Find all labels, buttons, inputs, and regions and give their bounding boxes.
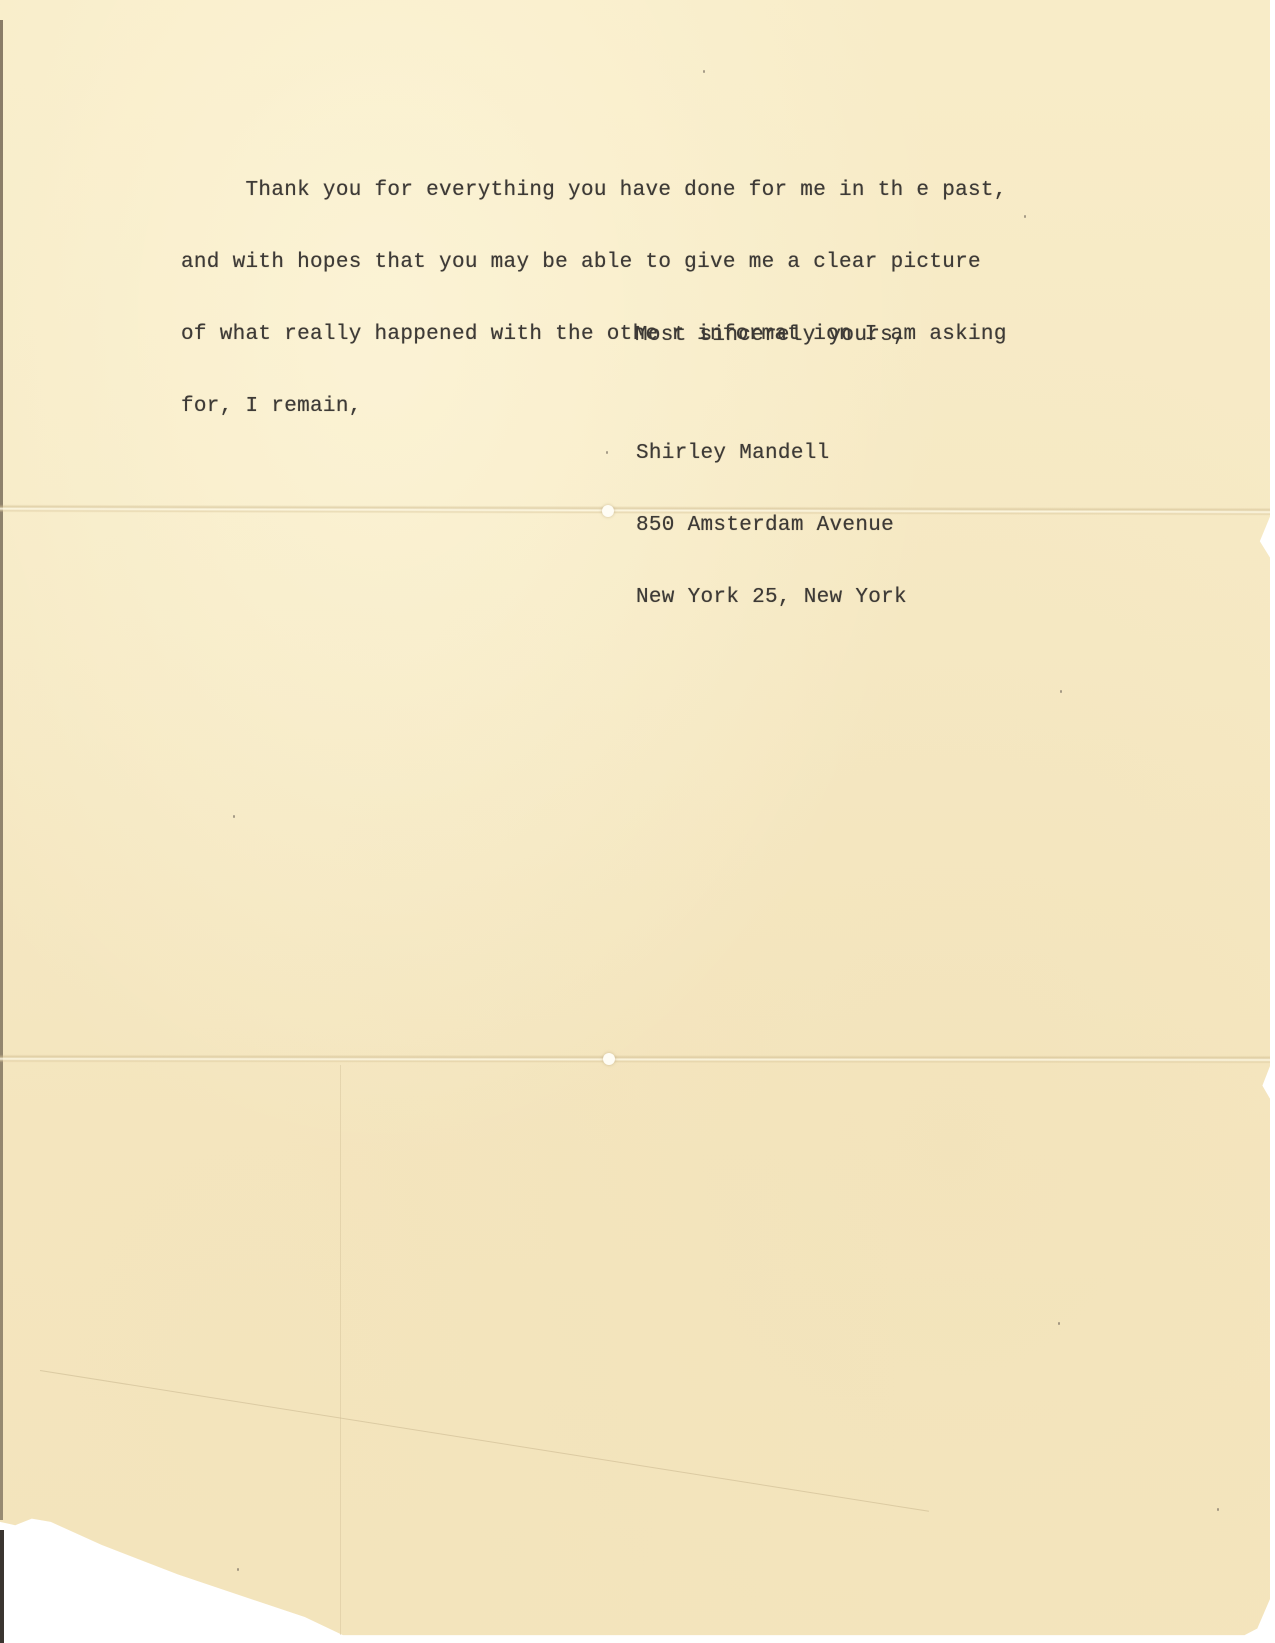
fold-tear-upper (602, 505, 614, 517)
address-line-2: New York 25, New York (636, 586, 907, 610)
paper-speck (1024, 215, 1026, 218)
body-line: and with hopes that you may be able to g… (181, 251, 1007, 275)
closing-text: Most sincerely yours, (635, 324, 906, 348)
address-line-1: 850 Amsterdam Avenue (636, 514, 907, 538)
signature-block: Shirley Mandell 850 Amsterdam Avenue New… (636, 394, 907, 634)
paper-speck (1217, 1508, 1219, 1511)
paper-speck (703, 70, 705, 73)
body-line: Thank you for everything you have done f… (181, 179, 1007, 203)
paper-speck (1060, 690, 1062, 693)
paper-crease-vertical (340, 1065, 341, 1635)
fold-tear-lower (603, 1053, 615, 1065)
paper-speck (237, 1568, 239, 1571)
paper-speck (233, 815, 235, 818)
paper-speck (1058, 1322, 1060, 1325)
letter-closing: Most sincerely yours, (635, 276, 906, 372)
fold-line-lower (0, 1054, 1270, 1063)
scan-edge-shadow (0, 20, 3, 1520)
paper-speck (606, 451, 608, 454)
scan-edge-corner (0, 1530, 4, 1643)
signer-name: Shirley Mandell (636, 442, 907, 466)
